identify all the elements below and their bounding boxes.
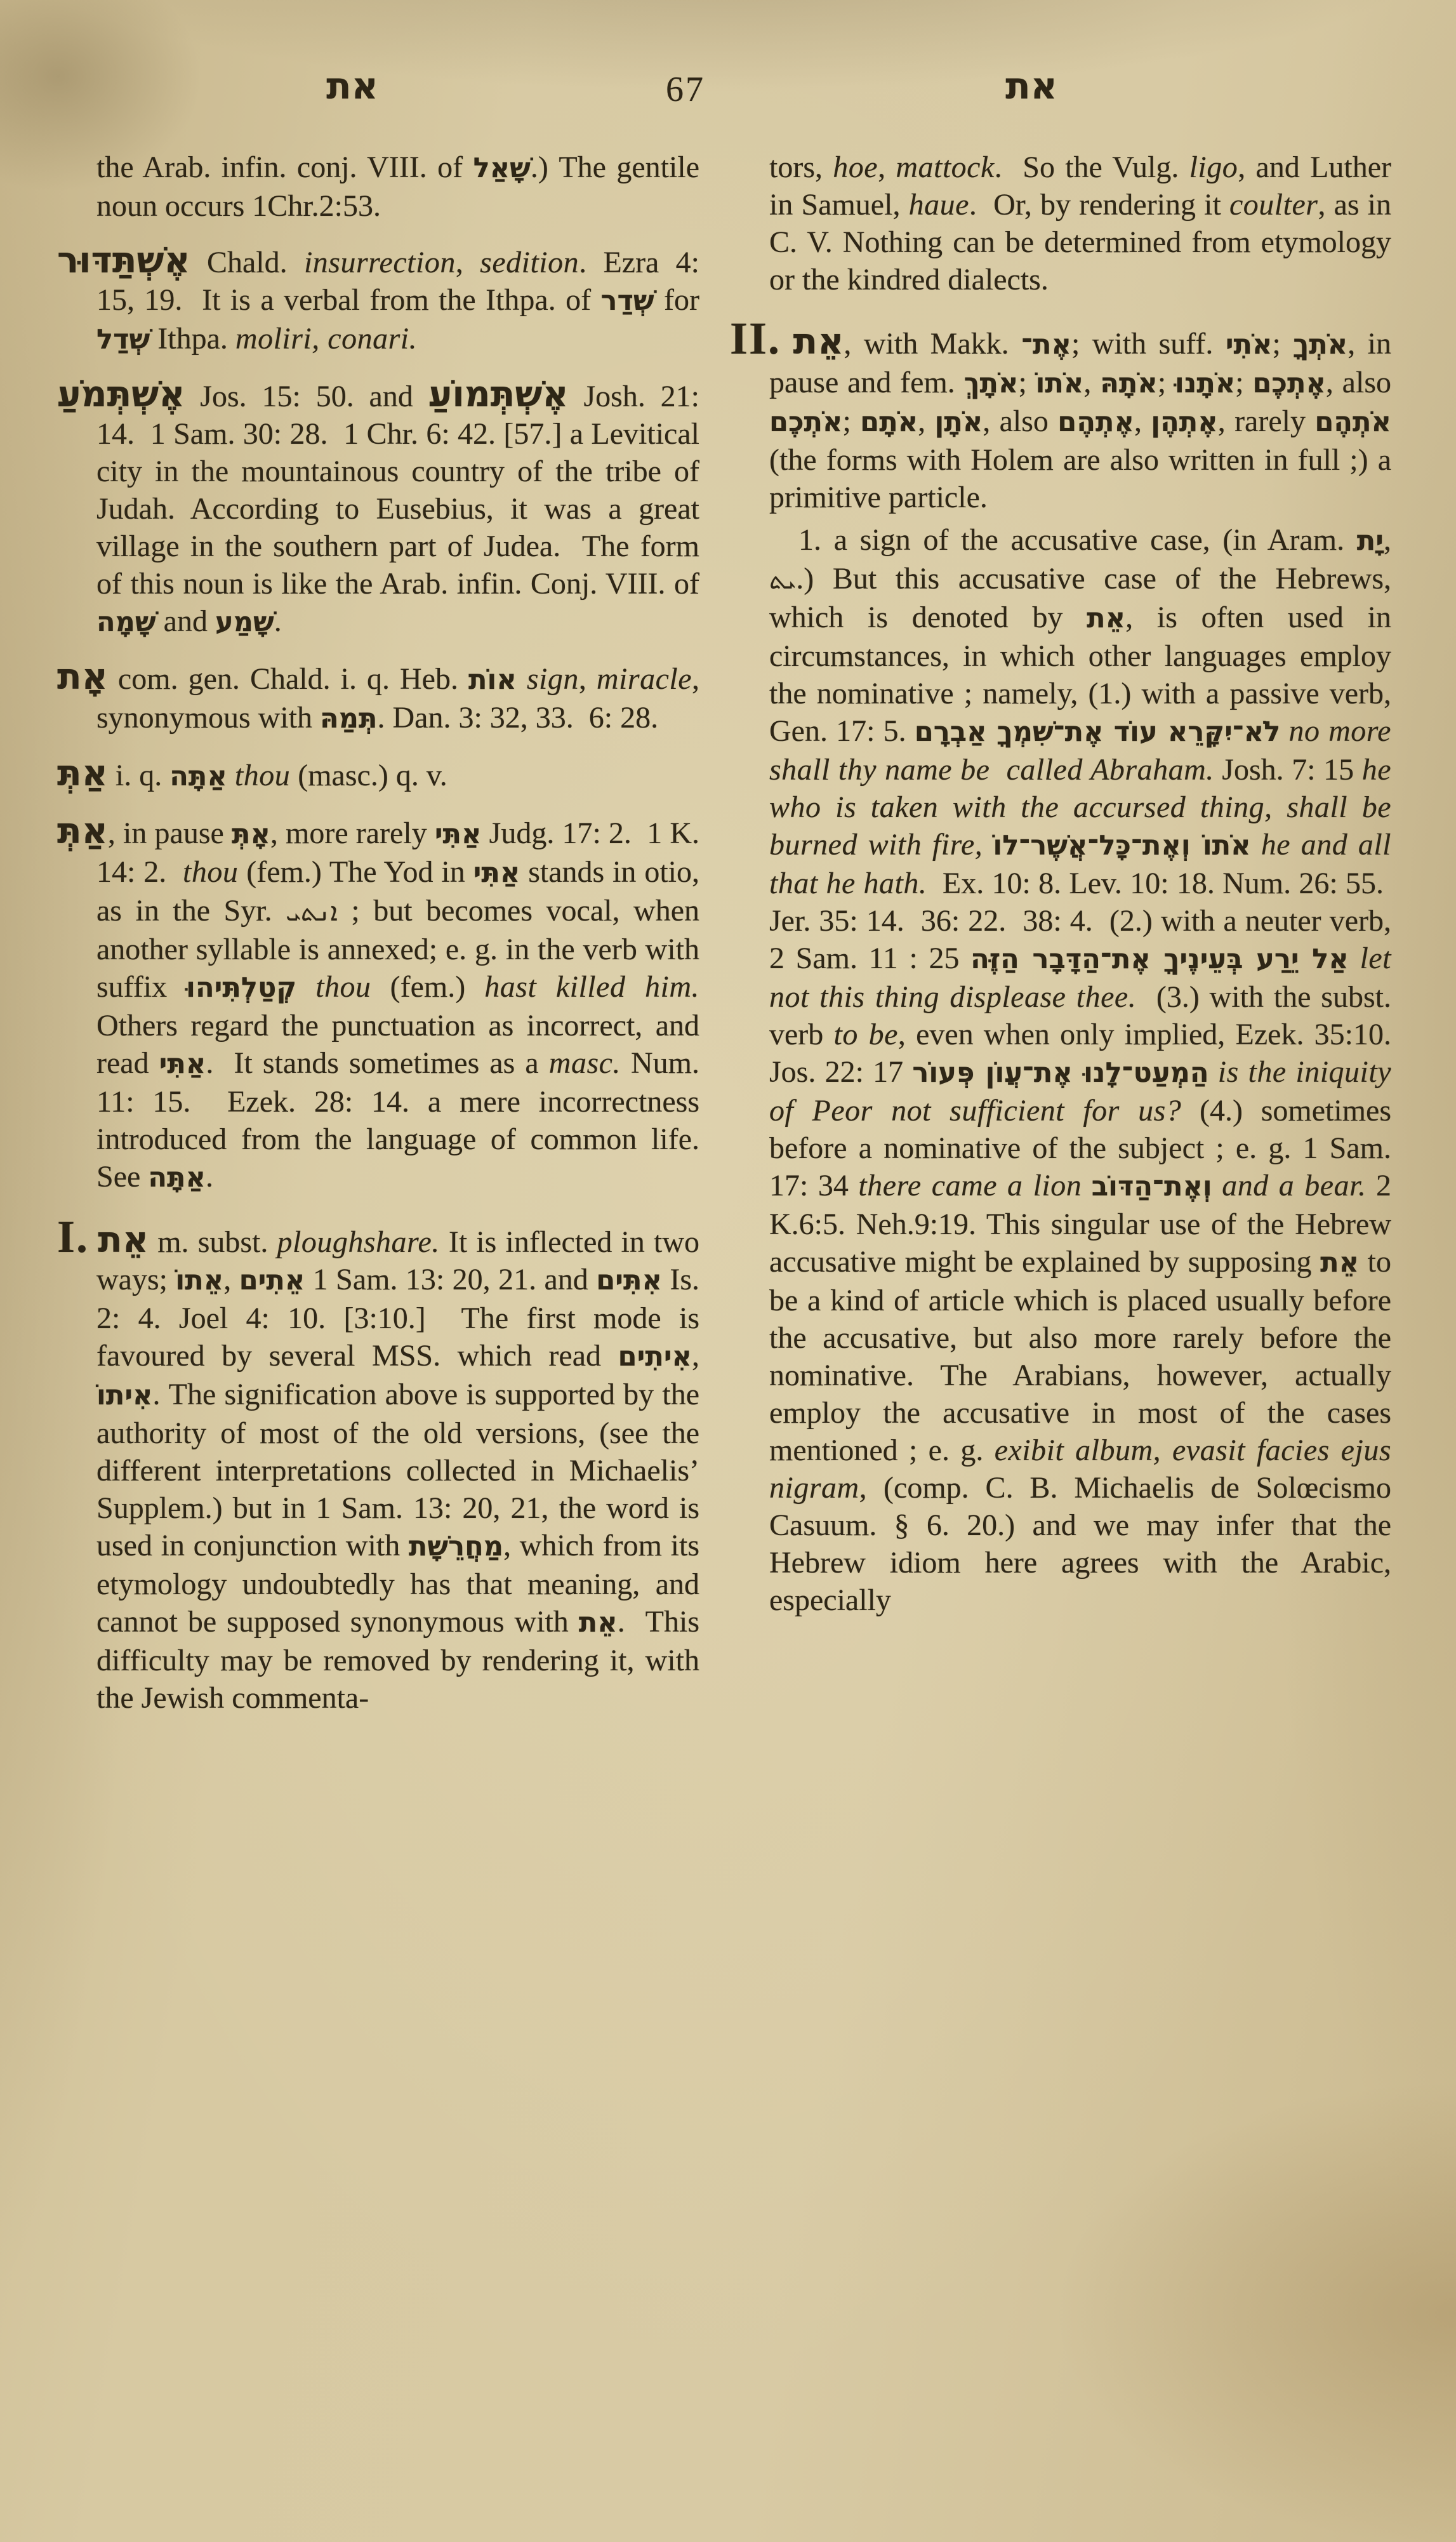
left-continuation: the Arab. infin. conj. VIII. of שָׁאַל.)… [96,149,699,225]
header-keyword-right: את [968,67,1095,105]
page-number: 67 [622,71,749,109]
sense-1-accusative: 1. a sign of the accusative case, (in Ar… [769,521,1391,1619]
column-right: tors, hoe, mattock. So the Vulg. ligo, a… [730,149,1391,1619]
right-continuation: tors, hoe, mattock. So the Vulg. ligo, a… [769,149,1391,298]
header-keyword-left: את [289,67,416,105]
entry-att-fem: אַתְּ, in pause אָתְּ, more rarely אַתִּ… [96,813,699,1197]
column-left: the Arab. infin. conj. VIII. of שָׁאַל.)… [57,149,699,1717]
scanned-lexicon-page: את 67 את the Arab. infin. conj. VIII. of… [0,0,1456,2542]
entry-eshtemoa: אֶשְׁתְּמֹעַ Jos. 15: 50. and אֶשְׁתְּמו… [96,376,699,641]
entry-eshtaddur: אֶשְׁתַּדּוּר Chald. insurrection, sedit… [96,242,699,359]
entry-ath-chald: אָת com. gen. Chald. i. q. Heb. אוֹת sig… [96,658,699,738]
entry-eth-ploughshare: I. אֵת m. subst. ploughshare. It is infl… [96,1214,699,1717]
entry-eth-particle: II. אֵת, with Makk. אֶת־; with suff. אֹת… [769,316,1391,516]
entry-att-masc: אַתְּ i. q. אַתָּה thou (masc.) q. v. [96,755,699,795]
